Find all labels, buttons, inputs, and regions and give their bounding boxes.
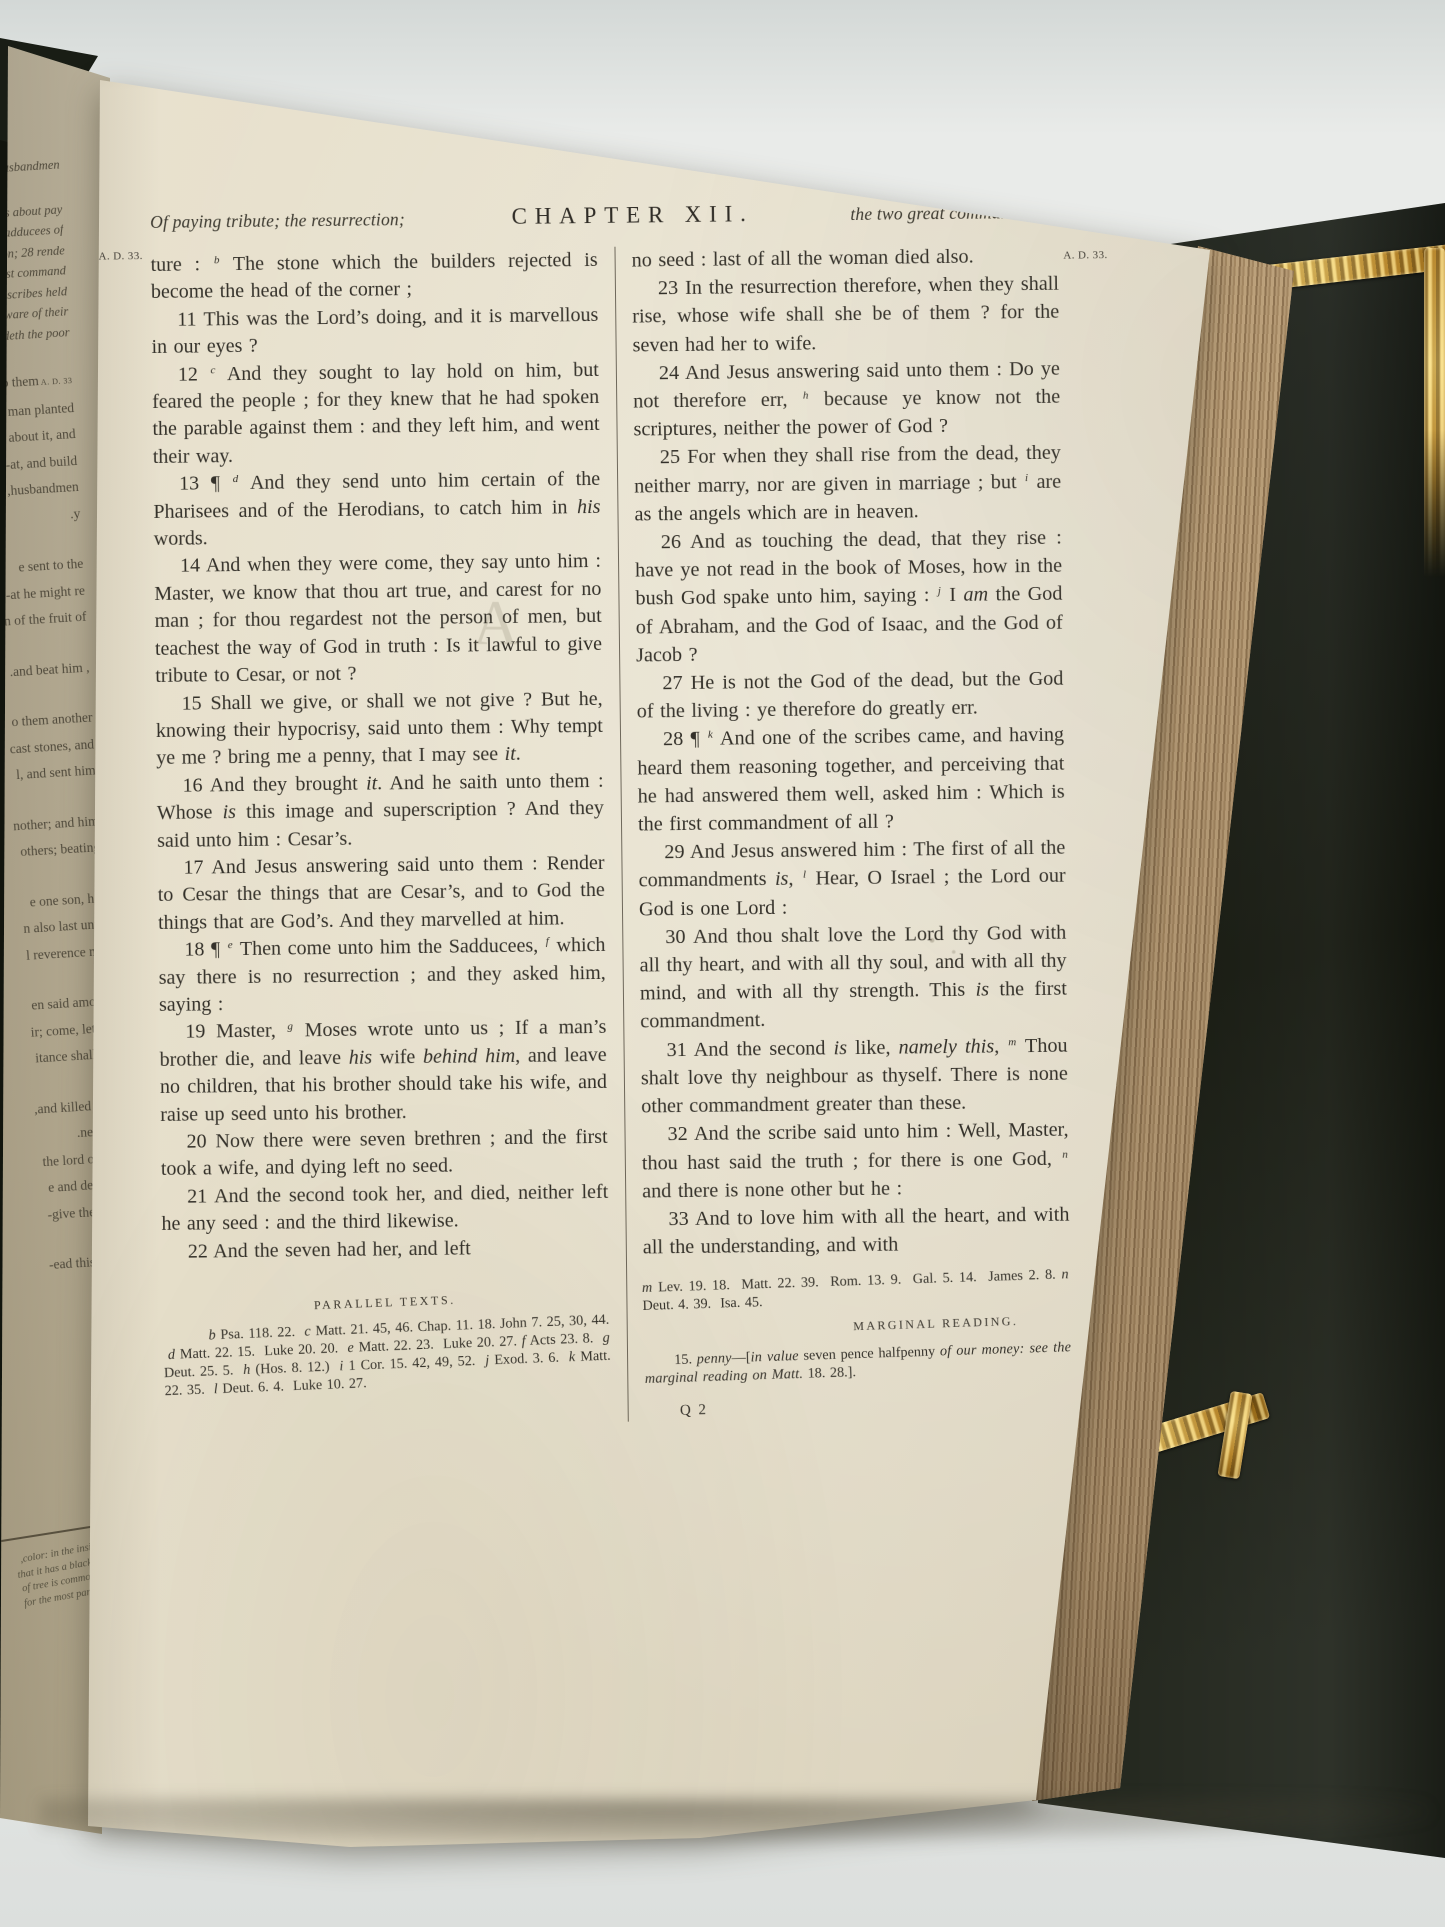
verse-paragraph: 33 And to love him with all the heart, a… bbox=[642, 1201, 1070, 1262]
verse-paragraph: 31 And the second is like, namely this, … bbox=[640, 1031, 1068, 1120]
verse-paragraph: 14 And when they were come, they say unt… bbox=[154, 548, 603, 690]
right-page-wrap: A A. D. 33. A. D. 33. Of paying tribute;… bbox=[0, 0, 1445, 1927]
verse-paragraph: 13 ¶ d And they send unto him certain of… bbox=[153, 466, 601, 553]
verse-paragraph: 11 This was the Lord’s doing, and it is … bbox=[151, 302, 599, 362]
margin-date-left: A. D. 33. bbox=[98, 250, 142, 263]
verse-paragraph: 21 And the second took her, and died, ne… bbox=[161, 1179, 609, 1239]
book-cast-shadow bbox=[40, 1798, 1430, 1844]
running-head-right: the two great commandments. bbox=[850, 202, 1065, 225]
parallel-texts-heading: PARALLEL TEXTS. bbox=[161, 1281, 609, 1326]
verse-paragraph: 19 Master, g Moses wrote unto us ; If a … bbox=[159, 1014, 607, 1129]
marginal-reading-block: m Lev. 19. 18. Matt. 22. 39. Rom. 13. 9.… bbox=[642, 1267, 1073, 1427]
verse-paragraph: 27 He is not the God of the dead, but th… bbox=[636, 665, 1064, 726]
verse-paragraph: 23 In the resurrection therefore, when t… bbox=[632, 270, 1060, 359]
verse-paragraph: 32 And the scribe said unto him : Well, … bbox=[641, 1116, 1069, 1205]
verse-paragraph: 26 And as touching the dead, that they r… bbox=[635, 524, 1064, 670]
verse-paragraph: 20 Now there were seven brethren ; and t… bbox=[160, 1124, 608, 1184]
margin-date-right: A. D. 33. bbox=[1063, 249, 1107, 262]
parallel-texts-refs: b Psa. 118. 22. c Matt. 21. 45, 46. Chap… bbox=[162, 1312, 611, 1401]
right-column-refs: m Lev. 19. 18. Matt. 22. 39. Rom. 13. 9.… bbox=[642, 1267, 1070, 1316]
gathering-signature: Q 2 bbox=[679, 1384, 1073, 1425]
verse-paragraph: 29 And Jesus answered him : The first of… bbox=[638, 834, 1066, 923]
running-head: Of paying tribute; the resurrection; CHA… bbox=[150, 198, 1065, 248]
left-column-verses: ture : b The stone which the builders re… bbox=[150, 247, 608, 1266]
verse-paragraph: 28 ¶ k And one of the scribes came, and … bbox=[637, 721, 1065, 839]
verse-paragraph: 17 And Jesus answering said unto them : … bbox=[157, 850, 605, 937]
marginal-reading-note: 15. penny—[in value seven pence halfpenn… bbox=[644, 1338, 1072, 1389]
chapter-title: CHAPTER XII. bbox=[501, 201, 753, 230]
verse-paragraph: 15 Shall we give, or shall we not give ?… bbox=[155, 685, 603, 772]
text-columns: ture : b The stone which the builders re… bbox=[150, 242, 1078, 1428]
verse-paragraph: no seed : last of all the woman died als… bbox=[631, 242, 1058, 275]
right-column-verses: no seed : last of all the woman died als… bbox=[631, 242, 1069, 1262]
verse-paragraph: 30 And thou shalt love the Lord thy God … bbox=[639, 919, 1067, 1037]
marginal-reading-heading: MARGINAL READING. bbox=[643, 1305, 1071, 1347]
left-column: ture : b The stone which the builders re… bbox=[150, 247, 610, 1427]
right-column: no seed : last of all the woman died als… bbox=[614, 242, 1071, 1422]
running-head-left: Of paying tribute; the resurrection; bbox=[150, 209, 405, 233]
verse-paragraph: 16 And they brought it. And he saith unt… bbox=[156, 768, 604, 855]
verse-paragraph: 22 And the seven had her, and left bbox=[162, 1233, 609, 1265]
book-photograph: l husbandmen.dians about pay-the Sadduce… bbox=[0, 0, 1445, 1927]
verse-paragraph: 12 c And they sought to lay hold on him,… bbox=[152, 357, 600, 472]
page-content: A A. D. 33. A. D. 33. Of paying tribute;… bbox=[150, 198, 1079, 1428]
verse-paragraph: 18 ¶ e Then come unto him the Sadducees,… bbox=[158, 932, 606, 1019]
right-page: A A. D. 33. A. D. 33. Of paying tribute;… bbox=[0, 0, 1445, 1927]
show-through-ghost-letter: A bbox=[473, 586, 520, 660]
verse-paragraph: 24 And Jesus answering said unto them : … bbox=[633, 355, 1061, 444]
verse-paragraph: 25 For when they shall rise from the dea… bbox=[634, 439, 1062, 528]
verse-paragraph: ture : b The stone which the builders re… bbox=[150, 247, 598, 307]
parallel-texts-block: PARALLEL TEXTS. b Psa. 118. 22. c Matt. … bbox=[161, 1281, 612, 1401]
